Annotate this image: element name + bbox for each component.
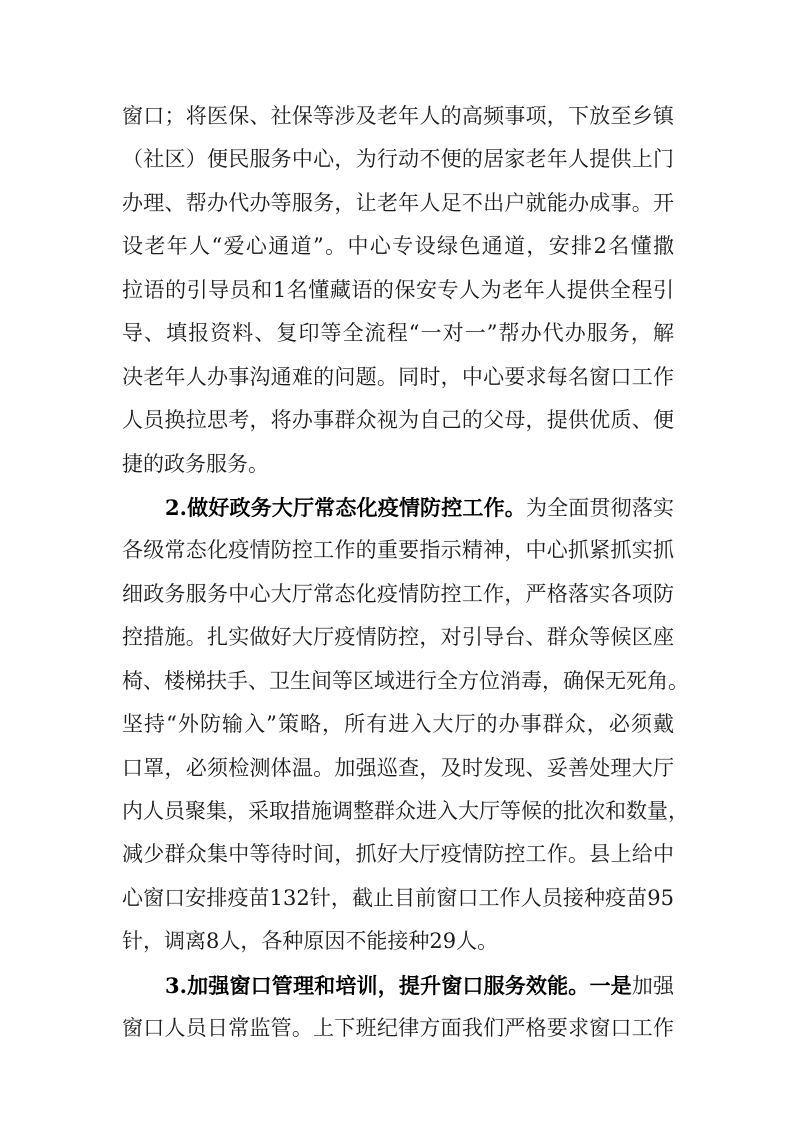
- section-heading-line: 2.做好政务大厅常态化疫情防控工作。为全面贯彻落实: [122, 486, 674, 529]
- section-heading-line: 3.加强窗口管理和培训，提升窗口服务效能。一是加强: [122, 964, 674, 1007]
- text-line: 拉语的引导员和1名懂藏语的保安专人为老年人提供全程引: [122, 269, 674, 312]
- document-page: 窗口；将医保、社保等涉及老年人的高频事项，下放至乡镇 （社区）便民服务中心，为行…: [122, 95, 674, 1051]
- text-line: 决老年人办事沟通难的问题。同时，中心要求每名窗口工作: [122, 356, 674, 399]
- text-line: 减少群众集中等待时间，抓好大厅疫情防控工作。县上给中: [122, 833, 674, 876]
- text-line: 设老年人“爱心通道”。中心专设绿色通道，安排2名懂撒: [122, 225, 674, 268]
- section-text: 为全面贯彻落实: [526, 496, 674, 520]
- text-line: 细政务服务中心大厅常态化疫情防控工作，严格落实各项防: [122, 573, 674, 616]
- section-text: 加强: [632, 974, 674, 998]
- text-line: 各级常态化疫情防控工作的重要指示精神，中心抓紧抓实抓: [122, 529, 674, 572]
- text-line: 坚持“外防输入”策略，所有进入大厅的办事群众，必须戴: [122, 703, 674, 746]
- text-line: 内人员聚集，采取措施调整群众进入大厅等候的批次和数量，: [122, 790, 674, 833]
- text-line: 窗口；将医保、社保等涉及老年人的高频事项，下放至乡镇: [122, 95, 674, 138]
- section-heading-2: 2.做好政务大厅常态化疫情防控工作。: [165, 495, 526, 520]
- text-line: 控措施。扎实做好大厅疫情防控，对引导台、群众等候区座: [122, 616, 674, 659]
- text-line: 导、填报资料、复印等全流程“一对一”帮办代办服务，解: [122, 312, 674, 355]
- text-line: 椅、楼梯扶手、卫生间等区域进行全方位消毒，确保无死角。: [122, 660, 674, 703]
- text-line: 人员换拉思考，将办事群众视为自己的父母，提供优质、便: [122, 399, 674, 442]
- text-line: 心窗口安排疫苗132针，截止目前窗口工作人员接种疫苗95: [122, 877, 674, 920]
- text-line: 窗口人员日常监管。上下班纪律方面我们严格要求窗口工作: [122, 1007, 674, 1050]
- paragraph-end-line: 针，调离8人，各种原因不能接种29人。: [122, 920, 674, 963]
- text-line: （社区）便民服务中心，为行动不便的居家老年人提供上门: [122, 138, 674, 181]
- text-line: 口罩，必须检测体温。加强巡查，及时发现、妥善处理大厅: [122, 747, 674, 790]
- text-line: 办理、帮办代办等服务，让老年人足不出户就能办成事。开: [122, 182, 674, 225]
- section-heading-3: 3.加强窗口管理和培训，提升窗口服务效能。一是: [165, 973, 632, 998]
- paragraph-end-line: 捷的政务服务。: [122, 443, 674, 486]
